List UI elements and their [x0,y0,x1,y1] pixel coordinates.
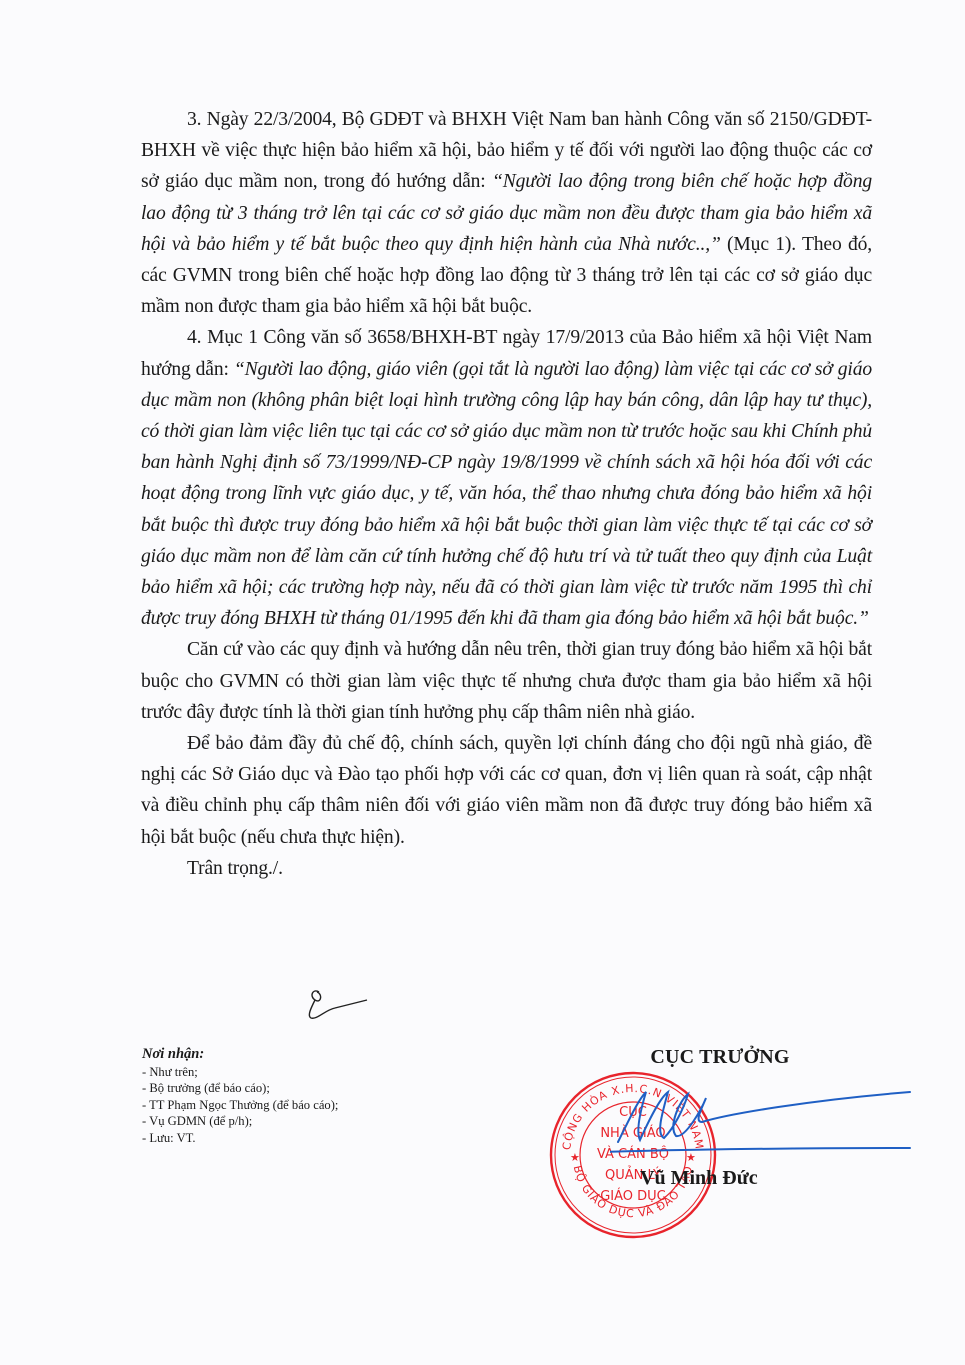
paragraph-conclusion: Căn cứ vào các quy định và hướng dẫn nêu… [141,634,872,728]
closing-line: Trân trọng./. [141,853,872,884]
signatory-block: CỤC TRƯỞNG [620,1046,820,1069]
quoted-text: “Người lao động, giáo viên (gọi tắt là n… [141,359,872,630]
recipient-item: - Như trên; [142,1064,442,1080]
recipient-item: - Vụ GDMN (để p/h); [142,1113,442,1129]
recipient-item: - Lưu: VT. [142,1130,442,1146]
paragraph-4: 4. Mục 1 Công văn số 3658/BHXH-BT ngày 1… [141,322,872,634]
document-body: 3. Ngày 22/3/2004, Bộ GDĐT và BHXH Việt … [141,104,872,884]
svg-text:★: ★ [570,1151,580,1164]
document-page: 3. Ngày 22/3/2004, Bộ GDĐT và BHXH Việt … [0,0,965,1365]
recipient-item: - Bộ trưởng (để báo cáo); [142,1080,442,1096]
paragraph-text: Để bảo đảm đầy đủ chế độ, chính sách, qu… [141,733,872,848]
signatory-title: CỤC TRƯỞNG [620,1046,820,1069]
recipients-block: Nơi nhận: - Như trên; - Bộ trưởng (để bá… [142,1045,442,1146]
paragraph-request: Để bảo đảm đầy đủ chế độ, chính sách, qu… [141,728,872,853]
recipients-title: Nơi nhận: [142,1045,442,1064]
initial-signature-mark [305,986,375,1024]
paragraph-3: 3. Ngày 22/3/2004, Bộ GDĐT và BHXH Việt … [141,104,872,322]
signatory-name: Vũ Minh Đức [640,1167,810,1190]
recipient-item: - TT Phạm Ngọc Thưởng (để báo cáo); [142,1097,442,1113]
svg-text:GIÁO DỤC: GIÁO DỤC [600,1188,666,1204]
closing-text: Trân trọng./. [187,858,283,879]
paragraph-text: Căn cứ vào các quy định và hướng dẫn nêu… [141,639,872,722]
handwritten-signature [610,1078,920,1158]
